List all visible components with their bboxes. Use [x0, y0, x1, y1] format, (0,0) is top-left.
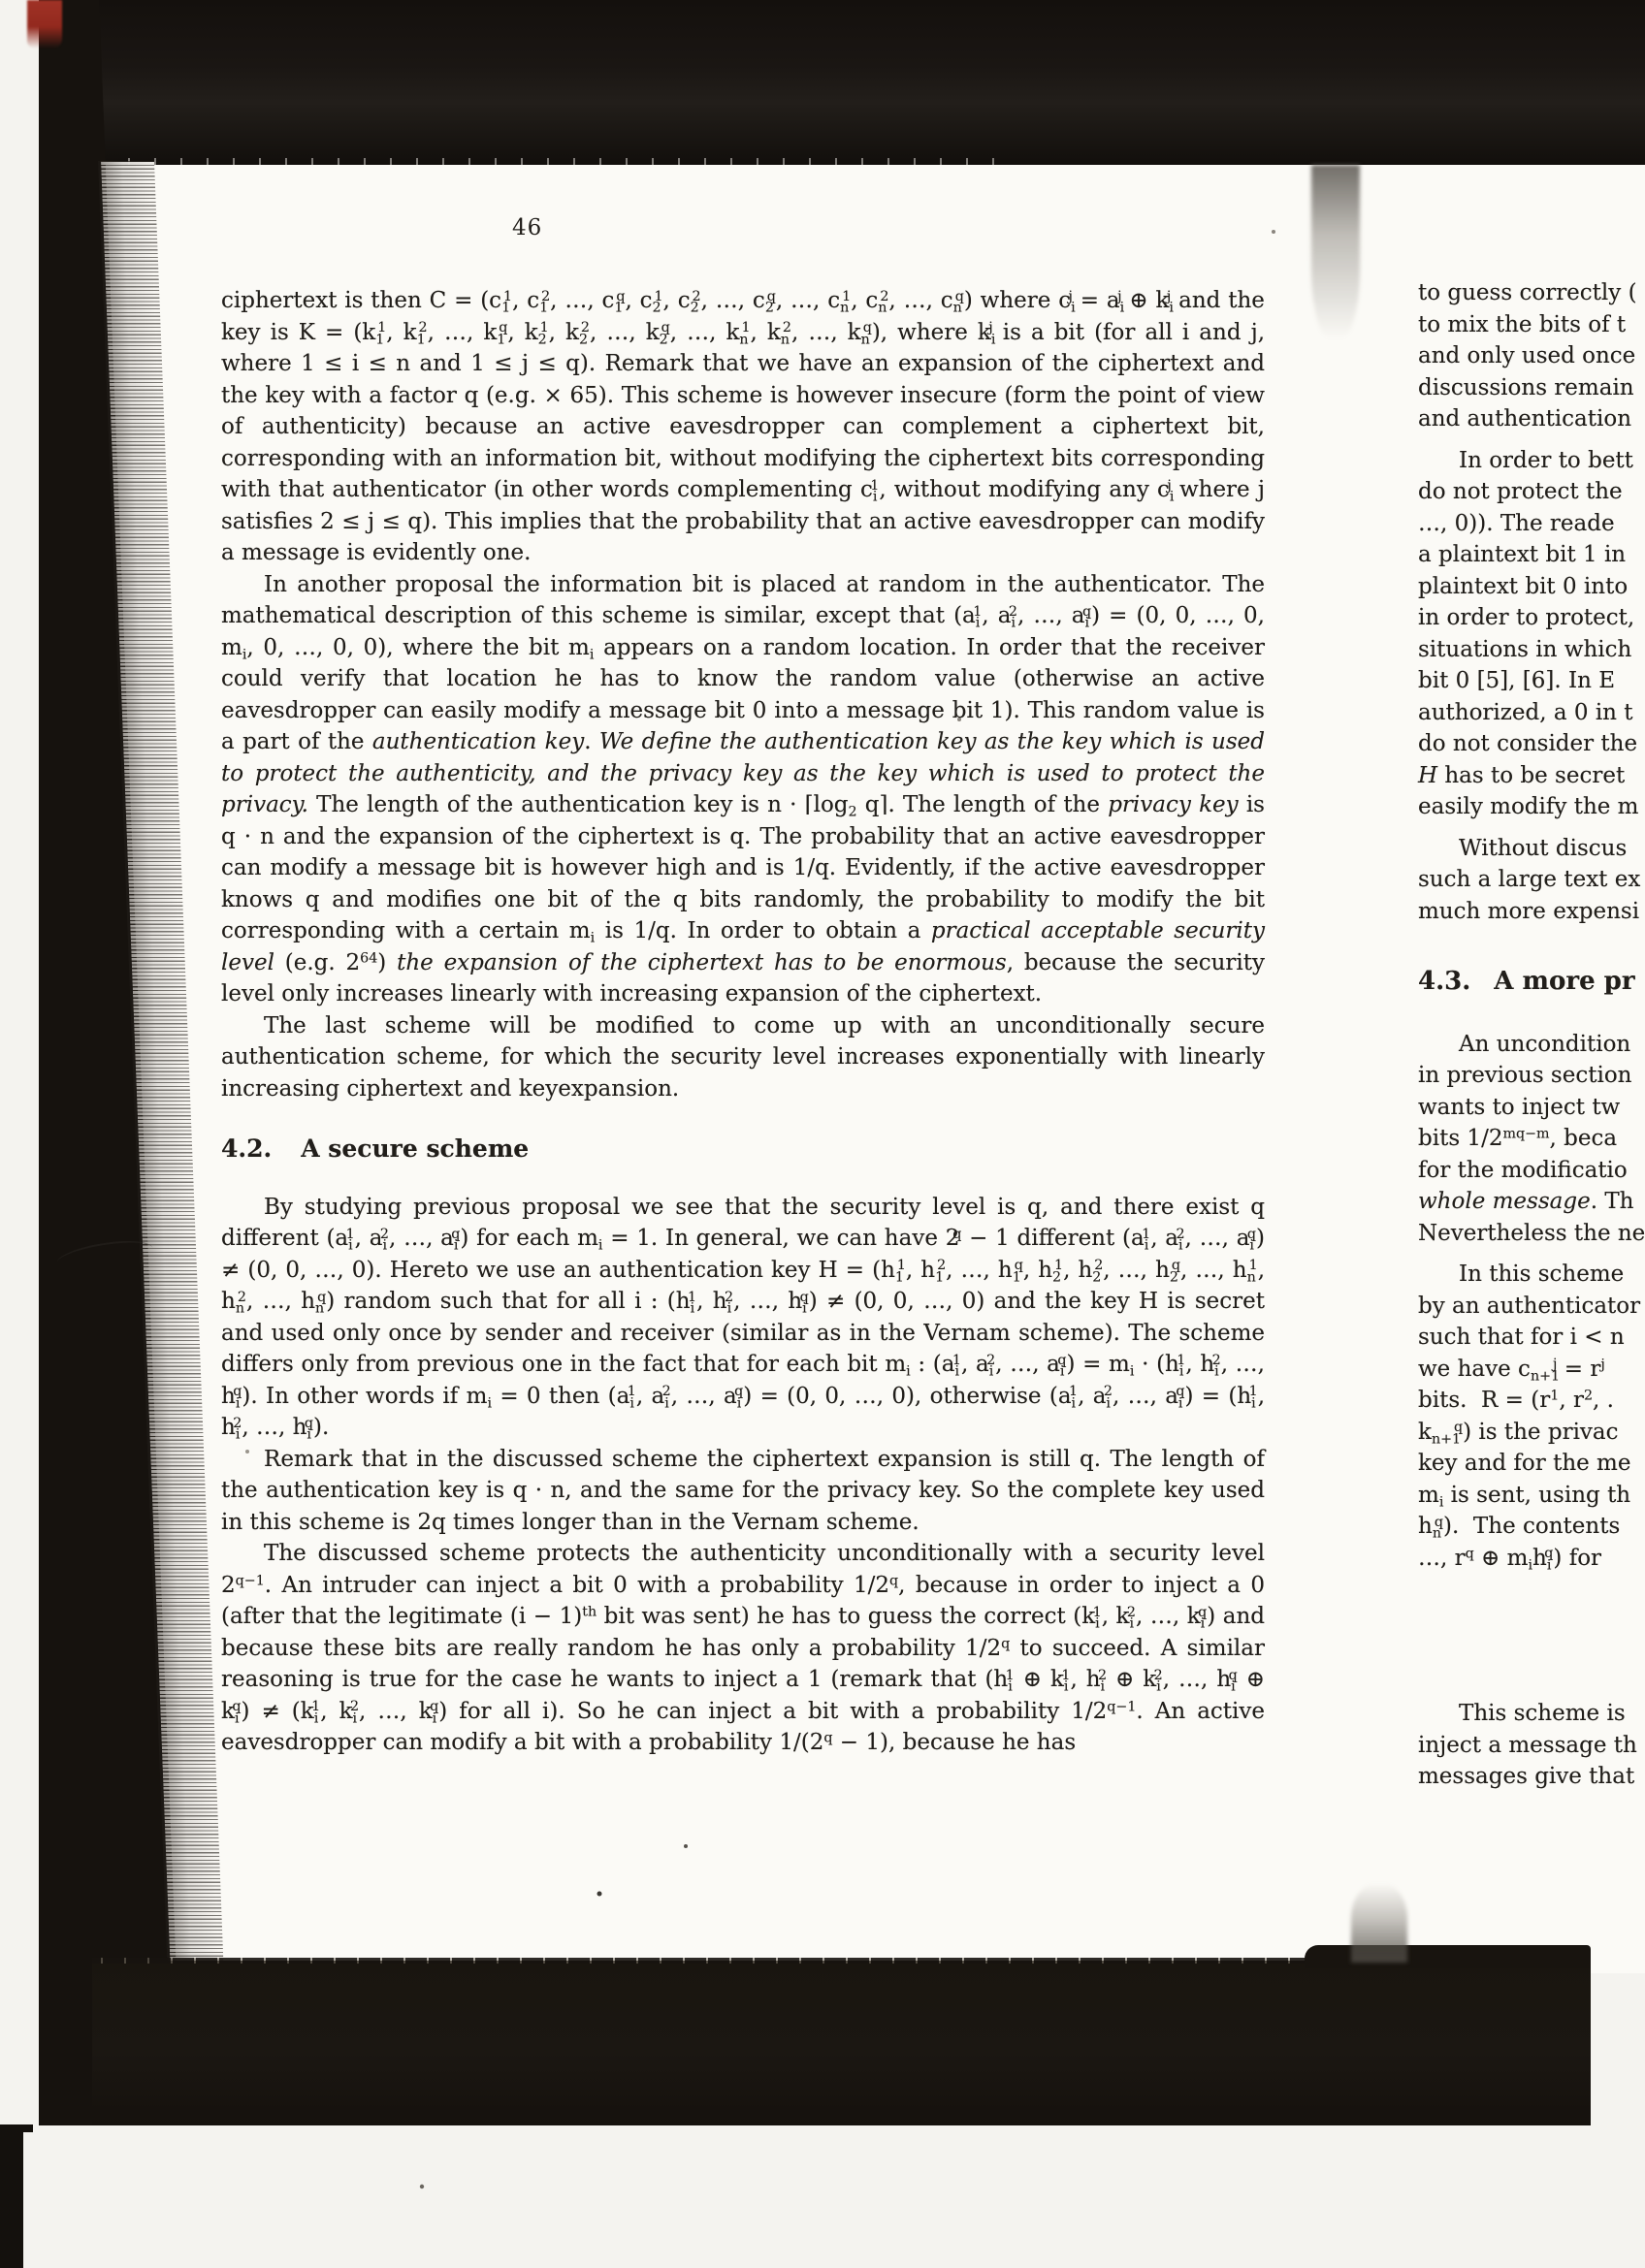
left-page-paragraph: The discussed scheme protects the authen… — [221, 1538, 1265, 1759]
scan-artifact-red — [27, 0, 62, 48]
right-page-section-title: A more pr — [1494, 967, 1634, 996]
right-page-paragraph: An unconditionin previous sectionwants t… — [1418, 1029, 1645, 1250]
scan-border-bottom-step — [1305, 1945, 1591, 1968]
gutter-smudge-top — [1311, 165, 1360, 339]
left-page-text-column: ciphertext is then C = (c11, c12, …, c1q… — [221, 285, 1265, 1759]
left-page-paragraph: Remark that in the discussed scheme the … — [221, 1444, 1265, 1539]
scan-border-corner-bar — [0, 2131, 23, 2268]
left-page-section-number: 4.2. — [221, 1134, 272, 1163]
page-number: 46 — [512, 215, 542, 240]
scanned-book-page: 46 ciphertext is then C = (c11, c12, …, … — [0, 0, 1645, 2268]
right-page-section-number: 4.3. — [1418, 967, 1470, 996]
left-page-paragraph: The last scheme will be modified to come… — [221, 1010, 1265, 1105]
right-page-paragraph: to guess correctly (to mix the bits of t… — [1418, 277, 1645, 435]
gutter-smudge-bottom — [1351, 1883, 1407, 1963]
left-page-paragraph: In another proposal the information bit … — [221, 569, 1265, 1010]
right-page-paragraph: Without discussuch a large text exmuch m… — [1418, 833, 1645, 928]
left-page-paragraph: ciphertext is then C = (c11, c12, …, c1q… — [221, 285, 1265, 569]
right-page-blank-space — [1418, 1574, 1645, 1688]
right-page-paragraph: In order to bettdo not protect the…, 0))… — [1418, 445, 1645, 823]
right-page-paragraph: This scheme isinject a message thmessage… — [1418, 1698, 1645, 1793]
dust-specks — [0, 0, 2, 2]
left-page-paragraph: By studying previous proposal we see tha… — [221, 1192, 1265, 1444]
scan-border-bottom — [92, 1961, 1591, 2125]
left-page-section-title: A secure scheme — [301, 1134, 529, 1163]
right-page-section-heading: 4.3.A more pr — [1418, 966, 1645, 998]
right-page-text-column-cropped: to guess correctly (to mix the bits of t… — [1418, 277, 1645, 1793]
scan-border-top — [39, 0, 1645, 165]
right-page-paragraph: In this schemeby an authenticatorsuch th… — [1418, 1259, 1645, 1574]
left-page-section-heading: 4.2.A secure scheme — [221, 1134, 1265, 1166]
